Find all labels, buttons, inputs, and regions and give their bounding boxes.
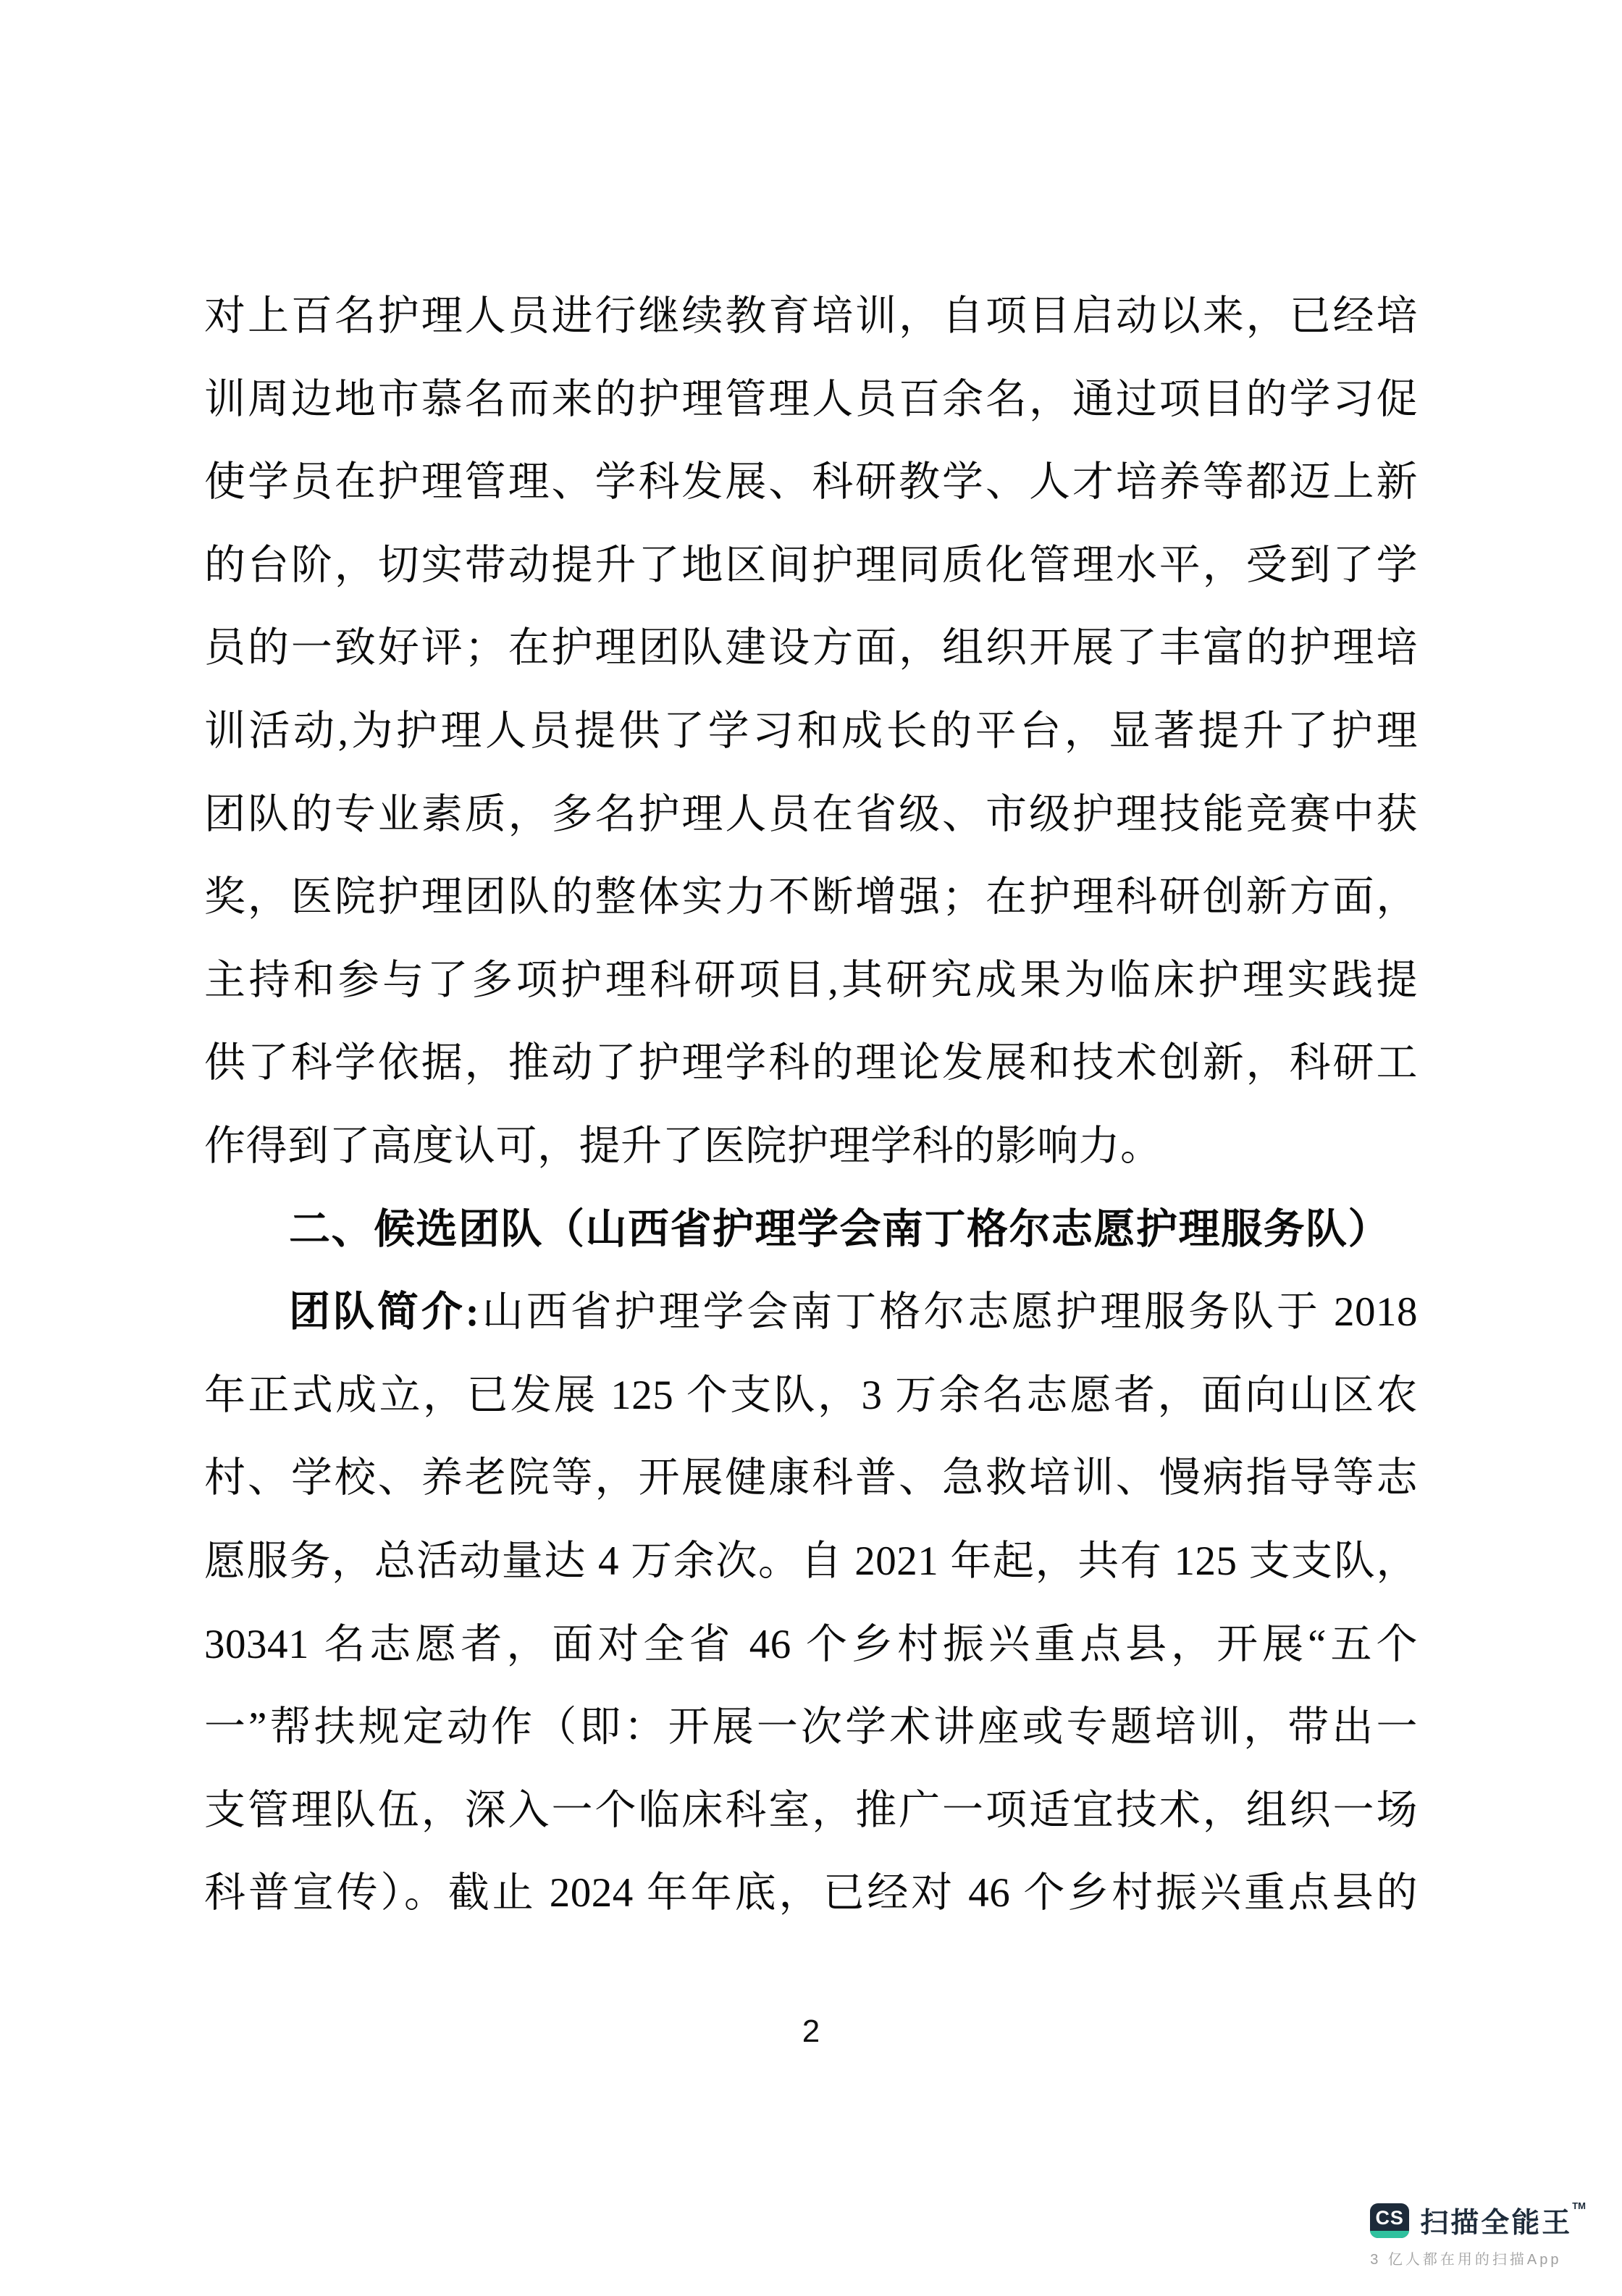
camscanner-logo-row: CS 扫描全能王TM	[1370, 2200, 1586, 2241]
text-line: 奖，医院护理团队的整体实力不断增强；在护理科研创新方面，	[204, 856, 1418, 939]
camscanner-logo-icon: CS	[1370, 2203, 1409, 2238]
text-line: 年正式成立，已发展 125 个支队，3 万余名志愿者，面向山区农	[204, 1354, 1418, 1438]
cs-logo-teal-strip	[1370, 2231, 1409, 2238]
cs-logo-letters: CS	[1375, 2207, 1404, 2229]
paragraph-lead-label: 团队简介:	[289, 1289, 479, 1335]
text-line: 愿服务，总活动量达 4 万余次。自 2021 年起，共有 125 支支队，	[204, 1520, 1418, 1604]
camscanner-tagline: 3 亿人都在用的扫描App	[1370, 2247, 1586, 2268]
text-line: 团队简介:山西省护理学会南丁格尔志愿护理服务队于 2018	[204, 1271, 1418, 1354]
text-line: 作得到了高度认可，提升了医院护理学科的影响力。	[204, 1105, 1418, 1189]
text-line: 训周边地市慕名而来的护理管理人员百余名，通过项目的学习促	[204, 359, 1418, 442]
document-body: 对上百名护理人员进行继续教育培训，自项目启动以来，已经培 训周边地市慕名而来的护…	[204, 275, 1418, 1935]
trademark-mark: TM	[1572, 2200, 1586, 2211]
text-line: 30341 名志愿者，面对全省 46 个乡村振兴重点县，开展“五个	[204, 1604, 1418, 1687]
text-line: 团队的专业素质，多名护理人员在省级、市级护理技能竞赛中获	[204, 774, 1418, 857]
paragraph-text: 山西省护理学会南丁格尔志愿护理服务队于 2018	[479, 1289, 1418, 1335]
text-line: 对上百名护理人员进行继续教育培训，自项目启动以来，已经培	[204, 275, 1418, 359]
text-line: 使学员在护理管理、学科发展、科研教学、人才培养等都迈上新	[204, 441, 1418, 524]
text-line: 科普宣传）。截止 2024 年年底，已经对 46 个乡村振兴重点县的	[204, 1852, 1418, 1935]
text-line: 支管理队伍，深入一个临床科室，推广一项适宜技术，组织一场	[204, 1769, 1418, 1853]
text-line: 员的一致好评；在护理团队建设方面，组织开展了丰富的护理培	[204, 607, 1418, 690]
text-line: 训活动,为护理人员提供了学习和成长的平台，显著提升了护理	[204, 690, 1418, 774]
text-line: 供了科学依据，推动了护理学科的理论发展和技术创新，科研工	[204, 1022, 1418, 1105]
text-line: 的台阶，切实带动提升了地区间护理同质化管理水平，受到了学	[204, 524, 1418, 608]
page-number: 2	[0, 2014, 1622, 2050]
section-heading: 二、候选团队（山西省护理学会南丁格尔志愿护理服务队）	[204, 1189, 1418, 1272]
camscanner-app-name: 扫描全能王TM	[1420, 2200, 1586, 2241]
text-line: 村、学校、养老院等，开展健康科普、急救培训、慢病指导等志	[204, 1437, 1418, 1520]
text-line: 一”帮扶规定动作（即：开展一次学术讲座或专题培训，带出一	[204, 1686, 1418, 1769]
text-line: 主持和参与了多项护理科研项目,其研究成果为临床护理实践提	[204, 939, 1418, 1023]
scanned-document-page: 对上百名护理人员进行继续教育培训，自项目启动以来，已经培 训周边地市慕名而来的护…	[0, 0, 1622, 2296]
app-name-text: 扫描全能王	[1420, 2208, 1572, 2239]
camscanner-watermark: CS 扫描全能王TM 3 亿人都在用的扫描App	[1370, 2200, 1586, 2268]
